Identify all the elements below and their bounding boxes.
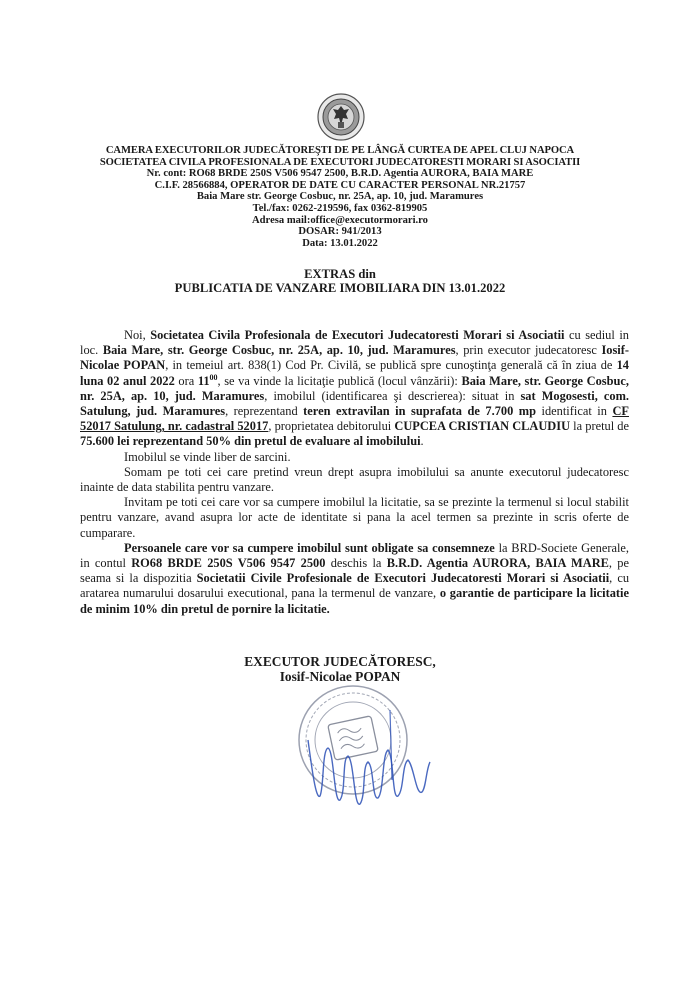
paragraph-sale-notice: Noi, Societatea Civila Profesionala de E… (80, 328, 629, 450)
bank-account: Nr. cont: RO68 BRDE 250S V506 9547 2500,… (0, 168, 680, 180)
handwritten-signature-icon (300, 700, 440, 810)
company-name: SOCIETATEA CIVILA PROFESIONALA DE EXECUT… (0, 157, 680, 169)
coat-of-arms-seal-icon (316, 92, 366, 142)
letterhead: CAMERA EXECUTORILOR JUDECĂTOREŞTI DE PE … (0, 145, 680, 249)
document-body: Noi, Societatea Civila Profesionala de E… (80, 328, 629, 617)
paragraph-invitation: Invitam pe toti cei care vor sa cumpere … (80, 495, 629, 541)
document-title: EXTRAS din PUBLICATIA DE VANZARE IMOBILI… (0, 267, 680, 295)
paragraph-no-encumbrances: Imobilul se vinde liber de sarcini. (80, 450, 629, 465)
title-line-2: PUBLICATIA DE VANZARE IMOBILIARA DIN 13.… (0, 281, 680, 295)
email: Adresa mail:office@executormorari.ro (0, 215, 680, 227)
fiscal-code: C.I.F. 28566884, OPERATOR DE DATE CU CAR… (0, 180, 680, 192)
paragraph-summons: Somam pe toti cei care pretind vreun dre… (80, 465, 629, 495)
case-number: DOSAR: 941/2013 (0, 226, 680, 238)
document-date: Data: 13.01.2022 (0, 238, 680, 250)
signer-role: EXECUTOR JUDECĂTORESC, (0, 654, 680, 669)
title-line-1: EXTRAS din (0, 267, 680, 281)
phone-fax: Tel./fax: 0262-219596, fax 0362-819905 (0, 203, 680, 215)
address: Baia Mare str. George Cosbuc, nr. 25A, a… (0, 191, 680, 203)
chamber-name: CAMERA EXECUTORILOR JUDECĂTOREŞTI DE PE … (0, 145, 680, 157)
paragraph-deposit: Persoanele care vor sa cumpere imobilul … (80, 541, 629, 617)
